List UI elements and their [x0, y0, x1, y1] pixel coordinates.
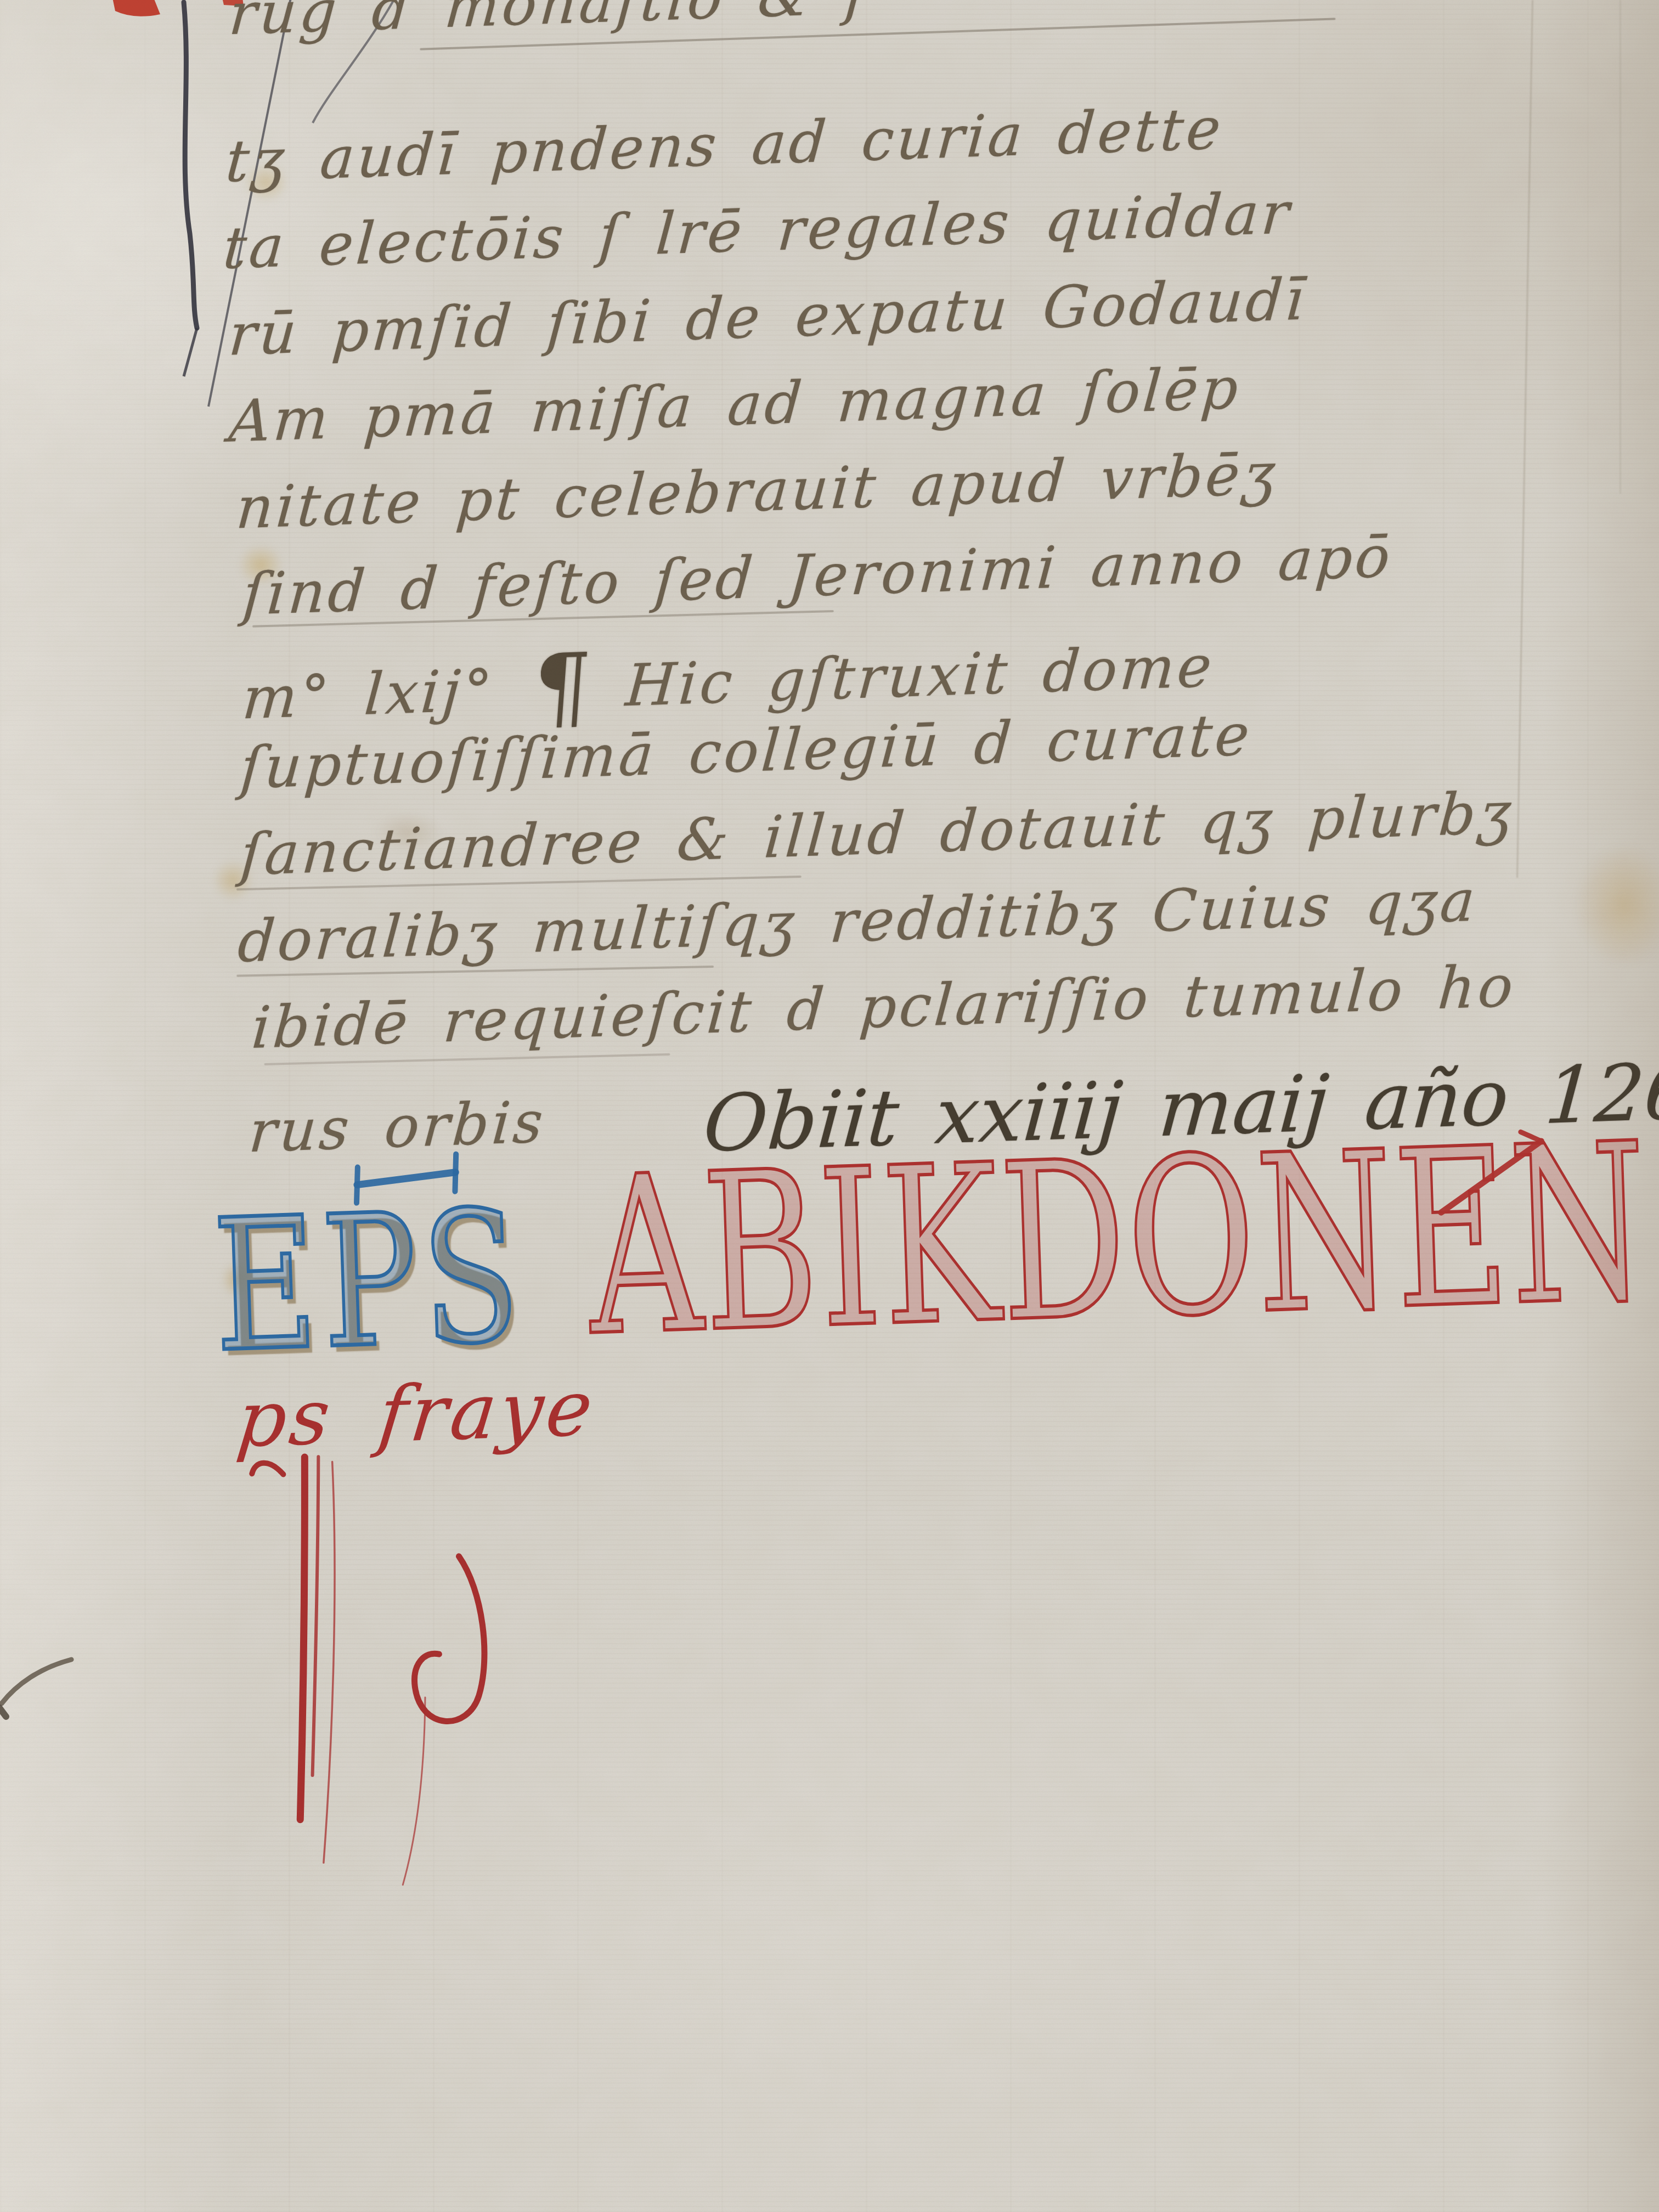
manuscript-line-6: nitate pt celebrauit apud vrbēʒ — [234, 445, 1280, 537]
manuscript-line-10: ſanctiandree & illud dotauit qʒ plurbʒ — [239, 784, 1516, 884]
red-macron-icon — [1429, 1125, 1564, 1228]
manuscript-line-3: ta electōis ſ lrē regales quiddar — [221, 184, 1294, 278]
signature-flourish-icon — [223, 1390, 768, 1945]
manuscript-line-5: Am pmā miſſa ad magna ſolēp — [227, 359, 1243, 450]
line-8-left: m° lxij° — [240, 657, 496, 732]
eps-macron-icon — [348, 1147, 465, 1206]
manuscript-text-block: rug d monaſtio & ſ tʒ audī pndens ad cur… — [217, 2, 1626, 2021]
blue-display-word-eps: EPS — [211, 1186, 527, 1378]
manuscript-photo: rug d monaſtio & ſ tʒ audī pndens ad cur… — [0, 0, 1659, 2212]
manuscript-line-4: rū pmſid ſibi de expatu Godaudī — [227, 270, 1309, 364]
paper-chain-line — [1620, 0, 1621, 494]
left-margin-stroke-icon — [0, 1638, 85, 1731]
manuscript-line-11: doralibʒ multiſqʒ redditibʒ Cuius qʒa — [236, 872, 1479, 971]
manuscript-line-7: ſind d feſto ſed Jeronimi anno apō — [241, 528, 1395, 624]
manuscript-line-2: tʒ audī pndens ad curia dette — [224, 100, 1225, 191]
